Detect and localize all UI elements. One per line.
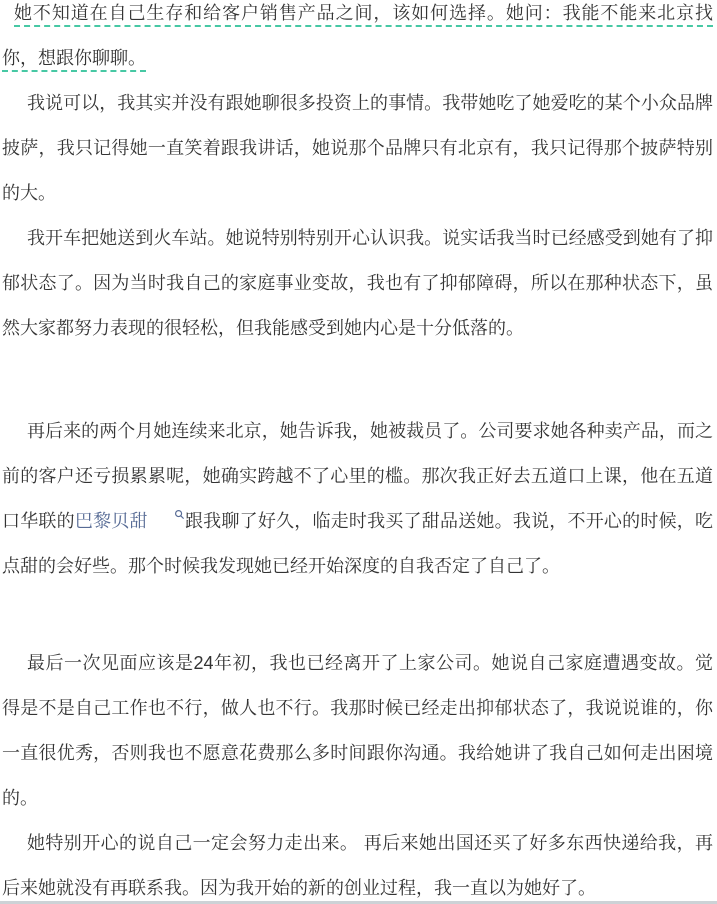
paragraph-1: 她不知道在自己生存和给客户销售产品之间，该如何选择。她问：我能不能来北京找你，想… <box>2 0 713 81</box>
blank-line-spacer <box>2 589 713 641</box>
paragraph-5-text: 最后一次见面应该是24年初，我也已经离开了上家公司。她说自己家庭遭遇变故。觉得是… <box>2 653 713 808</box>
blank-line-spacer <box>2 351 713 409</box>
paragraph-2: 我说可以，我其实并没有跟她聊很多投资上的事情。我带她吃了她爱吃的某个小众品牌披萨… <box>2 81 713 216</box>
keyword-search-link[interactable]: 巴黎贝甜 <box>75 511 185 531</box>
search-icon <box>149 509 185 520</box>
paragraph-6: 她特别开心的说自己一定会努力走出来。 再后来她出国还买了好多东西快递给我，再后来… <box>2 821 713 904</box>
paragraph-5: 最后一次见面应该是24年初，我也已经离开了上家公司。她说自己家庭遭遇变故。觉得是… <box>2 641 713 821</box>
paragraph-4: 再后来的两个月她连续来北京，她告诉我，她被裁员了。公司要求她各种卖产品，而之前的… <box>2 409 713 589</box>
paragraph-3-text: 我开车把她送到火车站。她说特别特别开心认识我。说实话我当时已经感受到她有了抑郁状… <box>2 228 713 338</box>
paragraph-3: 我开车把她送到火车站。她说特别特别开心认识我。说实话我当时已经感受到她有了抑郁状… <box>2 216 713 351</box>
underlined-text: 她不知道在自己生存和给客户销售产品之间，该如何选择。她问：我能不能来北京找你，想… <box>2 3 713 68</box>
paragraph-2-text: 我说可以，我其实并没有跟她聊很多投资上的事情。我带她吃了她爱吃的某个小众品牌披萨… <box>2 93 713 203</box>
paragraph-6-text: 她特别开心的说自己一定会努力走出来。 再后来她出国还买了好多东西快递给我，再后来… <box>2 833 713 898</box>
article-body: 她不知道在自己生存和给客户销售产品之间，该如何选择。她问：我能不能来北京找你，想… <box>0 0 717 904</box>
keyword-search-link-label: 巴黎贝甜 <box>75 511 148 531</box>
